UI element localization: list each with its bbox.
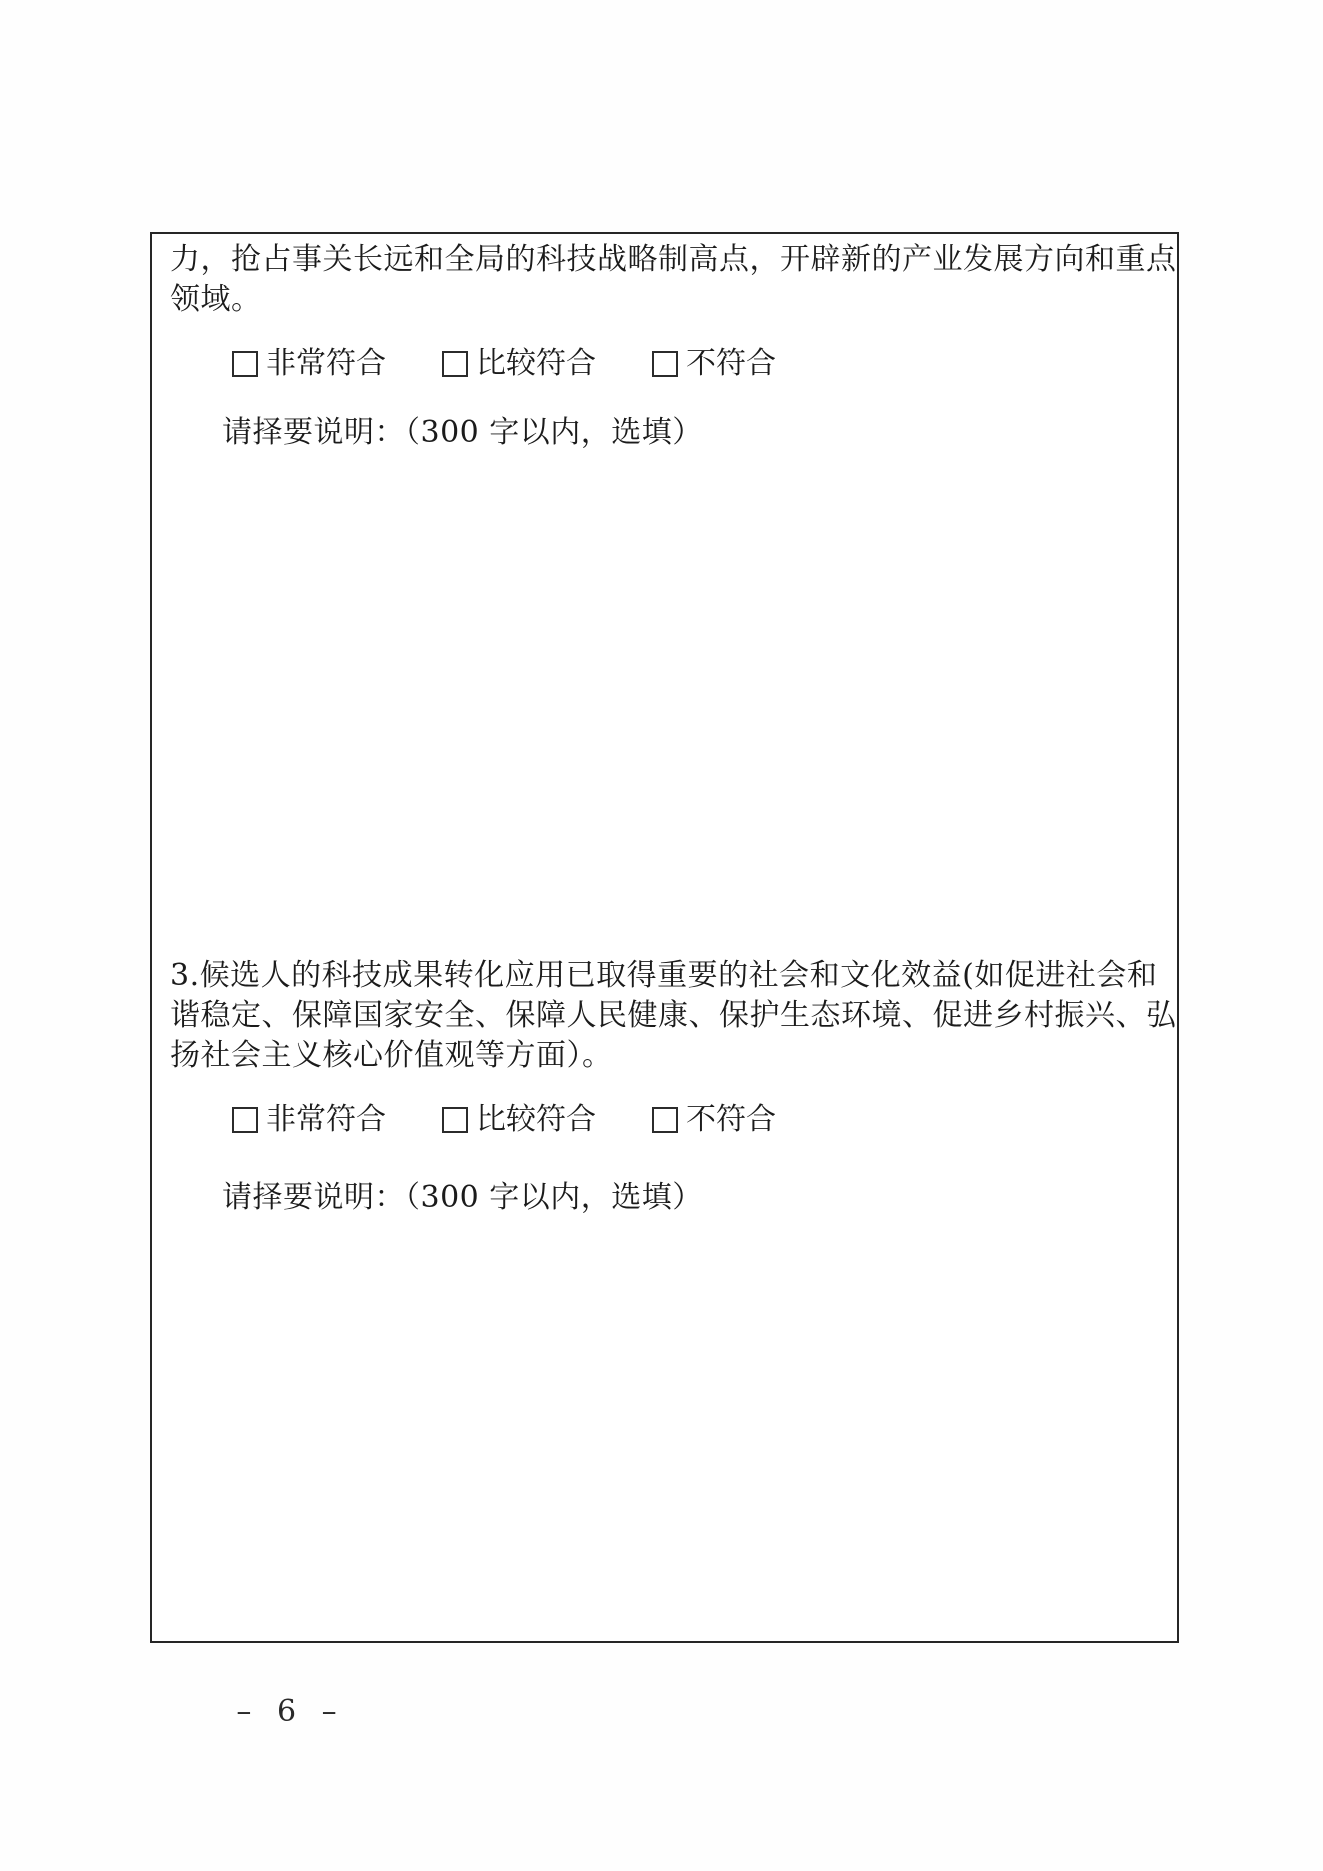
option-label: 比较符合: [476, 1100, 596, 1140]
question2-text-line-1: 力，抢占事关长远和全局的科技战略制高点，开辟新的产业发展方向和重点: [170, 240, 1177, 280]
question3-text-line-3: 扬社会主义核心价值观等方面）。: [170, 1036, 1177, 1076]
option-label: 不符合: [686, 1100, 776, 1140]
question3-text-line-1: 3.候选人的科技成果转化应用已取得重要的社会和文化效益(如促进社会和: [170, 956, 1177, 996]
question3-option-not-consistent[interactable]: 不符合: [652, 1100, 776, 1140]
question2-explain-prompt: 请择要说明：（300 字以内，选填）: [222, 413, 703, 453]
question2-text-line-2: 领域。: [170, 280, 1177, 320]
page-number: – 6 –: [197, 1694, 377, 1729]
checkbox-icon[interactable]: [652, 1107, 678, 1133]
checkbox-icon[interactable]: [232, 1107, 258, 1133]
option-label: 比较符合: [476, 344, 596, 384]
document-page: 力，抢占事关长远和全局的科技战略制高点，开辟新的产业发展方向和重点 领域。 非常…: [0, 0, 1323, 1871]
question2-continuation-paragraph: 力，抢占事关长远和全局的科技战略制高点，开辟新的产业发展方向和重点 领域。: [170, 240, 1177, 320]
question3-explain-prompt: 请择要说明：（300 字以内，选填）: [222, 1178, 703, 1218]
question2-options-row: 非常符合 比较符合 不符合: [232, 344, 776, 384]
option-label: 不符合: [686, 344, 776, 384]
question3-text-line-2: 谐稳定、保障国家安全、保障人民健康、保护生态环境、促进乡村振兴、弘: [170, 996, 1177, 1036]
question3-option-fairly-consistent[interactable]: 比较符合: [442, 1100, 596, 1140]
checkbox-icon[interactable]: [442, 1107, 468, 1133]
question2-option-very-consistent[interactable]: 非常符合: [232, 344, 386, 384]
checkbox-icon[interactable]: [442, 351, 468, 377]
option-label: 非常符合: [266, 1100, 386, 1140]
question3-options-row: 非常符合 比较符合 不符合: [232, 1100, 776, 1140]
question3-option-very-consistent[interactable]: 非常符合: [232, 1100, 386, 1140]
evaluation-form-box: 力，抢占事关长远和全局的科技战略制高点，开辟新的产业发展方向和重点 领域。 非常…: [150, 232, 1179, 1643]
checkbox-icon[interactable]: [232, 351, 258, 377]
question2-option-not-consistent[interactable]: 不符合: [652, 344, 776, 384]
question3-paragraph: 3.候选人的科技成果转化应用已取得重要的社会和文化效益(如促进社会和 谐稳定、保…: [170, 956, 1177, 1076]
question2-option-fairly-consistent[interactable]: 比较符合: [442, 344, 596, 384]
option-label: 非常符合: [266, 344, 386, 384]
checkbox-icon[interactable]: [652, 351, 678, 377]
